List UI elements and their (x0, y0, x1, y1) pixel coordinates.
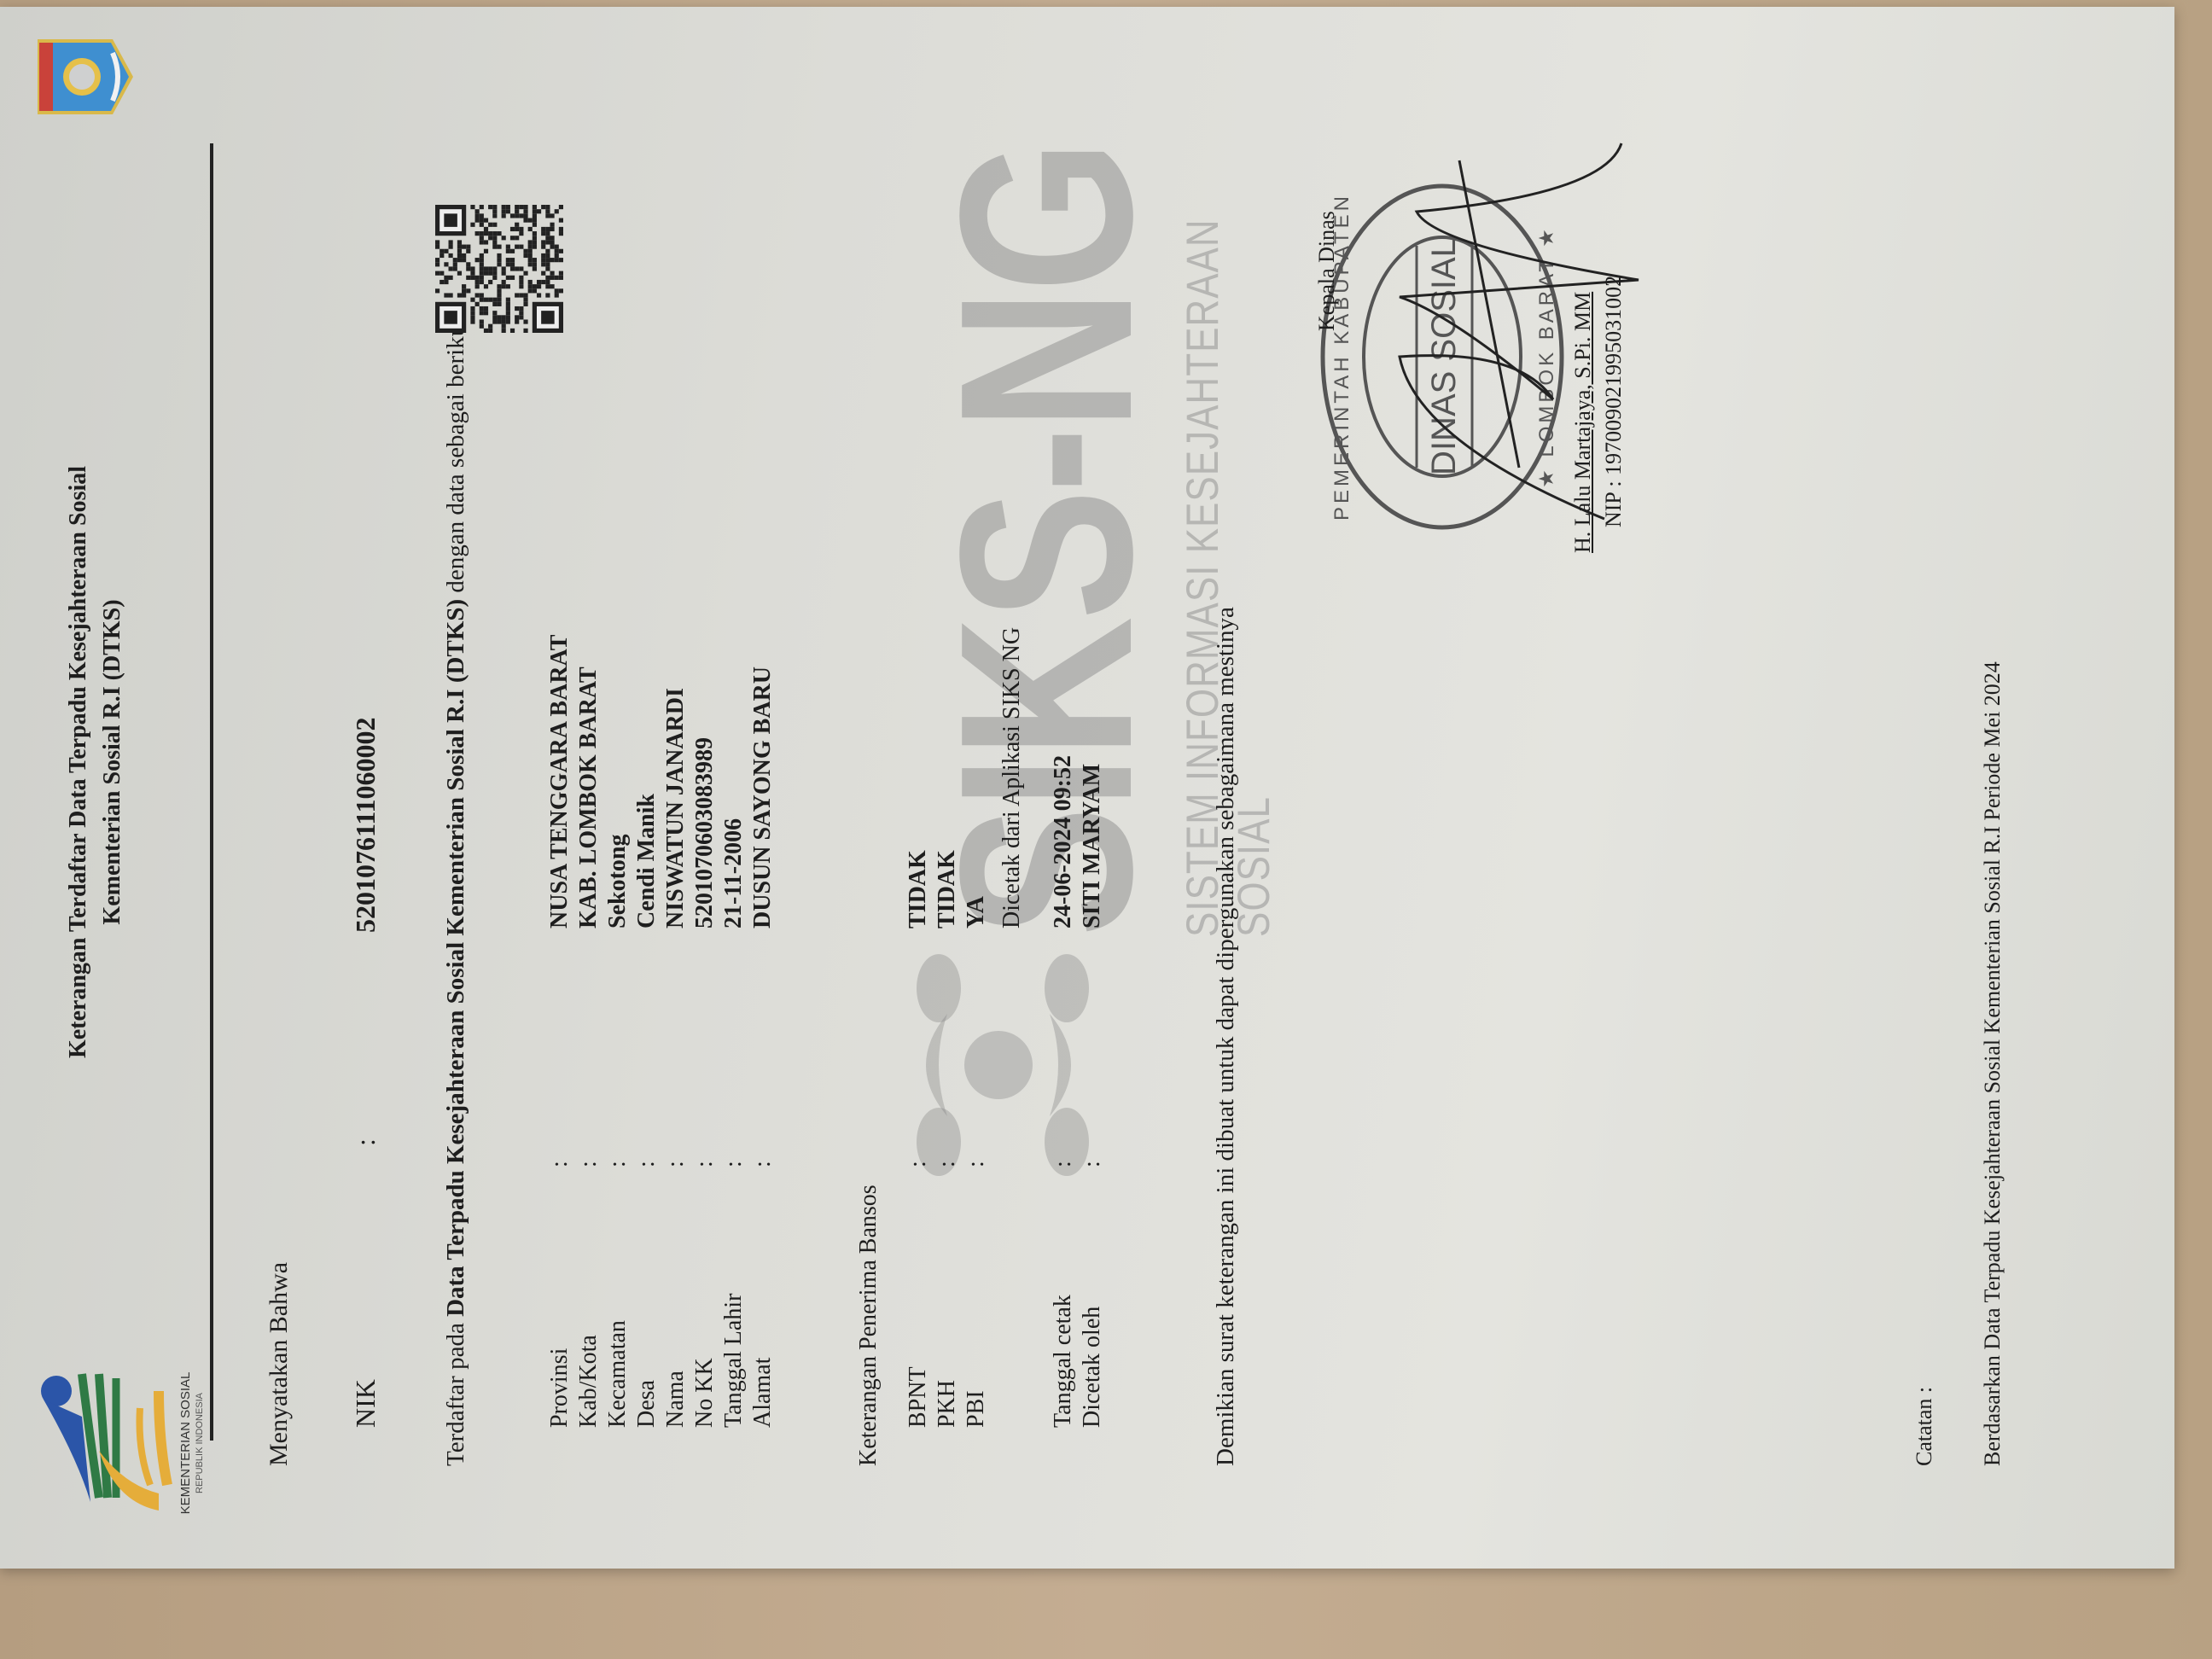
bansos-value: YA (963, 896, 990, 928)
document-title: Keterangan Terdaftar Data Terpadu Keseja… (61, 212, 130, 1313)
registration-prefix: Terdaftar pada (442, 1317, 469, 1466)
bansos-colon: : (934, 1161, 961, 1167)
field-value: Cendi Manik (633, 794, 661, 928)
ministry-country: REPUBLIK INDONESIA (193, 1345, 207, 1541)
field-row: Alamat:DUSUN SAYONG BARU (749, 148, 778, 1428)
field-row: Kab/Kota:KAB. LOMBOK BARAT (575, 148, 604, 1428)
nik-colon: : (350, 1138, 381, 1146)
note-text: Berdasarkan Data Terpadu Kesejahteraan S… (1980, 661, 2005, 1466)
print-row: Tanggal cetak:24-06-2024 09:52 (1050, 148, 1079, 1428)
document-paper: KEMENTERIAN SOSIAL REPUBLIK INDONESIA Ke… (0, 7, 2174, 1569)
print-row: Dicetak oleh:SITI MARYAM (1079, 148, 1108, 1428)
bansos-row: PKH:TIDAK (934, 148, 963, 1428)
field-label: Alamat (749, 1358, 777, 1428)
note-label: Catatan : (1912, 1387, 1937, 1466)
field-colon: : (749, 1161, 777, 1167)
print-value: SITI MARYAM (1079, 764, 1106, 928)
print-meta: Tanggal cetak:24-06-2024 09:52Dicetak ol… (1050, 148, 1108, 1428)
field-colon: : (546, 1161, 573, 1167)
signatory-name: H. Lalu Martajaya, S.Pi. MM (1570, 292, 1596, 553)
field-value: NISWATUN JANARDI (662, 688, 690, 928)
field-value: 21-11-2006 (720, 818, 748, 928)
bansos-colon: : (905, 1161, 932, 1167)
field-value: NUSA TENGGARA BARAT (546, 635, 573, 928)
field-colon: : (691, 1161, 719, 1167)
print-colon: : (1079, 1161, 1106, 1167)
qr-code-icon (435, 205, 563, 333)
print-label: Tanggal cetak (1050, 1295, 1077, 1428)
regency-emblem-icon (34, 36, 137, 118)
field-label: No KK (691, 1358, 719, 1428)
field-colon: : (720, 1161, 748, 1167)
field-label: Desa (633, 1380, 661, 1428)
field-label: Tanggal Lahir (720, 1294, 748, 1428)
print-source: Dicetak dari Aplikasi SIKS NG (998, 627, 1026, 928)
title-line-1: Keterangan Terdaftar Data Terpadu Keseja… (61, 212, 96, 1313)
field-row: Kecamatan:Sekotong (604, 148, 633, 1428)
recipient-fields: Provinsi:NUSA TENGGARA BARATKab/Kota:KAB… (546, 148, 778, 1428)
field-row: Nama:NISWATUN JANARDI (662, 148, 691, 1428)
statement-intro: Menyatakan Bahwa (265, 1262, 294, 1466)
field-label: Kecamatan (604, 1320, 632, 1428)
document-page: KEMENTERIAN SOSIAL REPUBLIK INDONESIA Ke… (0, 7, 2174, 1569)
field-row: No KK:5201070603083989 (691, 148, 720, 1428)
print-value: 24-06-2024 09:52 (1050, 755, 1077, 928)
field-value: Sekotong (604, 835, 632, 928)
field-colon: : (633, 1161, 661, 1167)
registration-dtks: Data Terpadu Kesejahteraan Sosial Kement… (442, 599, 469, 1317)
field-value: DUSUN SAYONG BARU (749, 667, 777, 928)
field-value: KAB. LOMBOK BARAT (575, 667, 602, 928)
signature-block: DINAS SOSIAL PEMERINTAH KABUPATEN ★ LOMB… (1314, 126, 1707, 604)
kemensos-logo-caption: KEMENTERIAN SOSIAL REPUBLIK INDONESIA (179, 1345, 207, 1541)
bansos-row: BPNT:TIDAK (905, 148, 934, 1428)
nik-label: NIK (350, 1379, 381, 1428)
bansos-value: TIDAK (934, 850, 961, 928)
field-row: Desa:Cendi Manik (633, 148, 662, 1428)
field-colon: : (604, 1161, 632, 1167)
bansos-value: TIDAK (905, 850, 932, 928)
kemensos-logo-icon (31, 1357, 176, 1519)
bansos-list: BPNT:TIDAKPKH:TIDAKPBI:YA (905, 148, 992, 1428)
field-row: Provinsi:NUSA TENGGARA BARAT (546, 148, 575, 1428)
field-colon: : (662, 1161, 690, 1167)
bansos-heading: Keterangan Penerima Bansos (855, 1185, 882, 1466)
signatory-nip: NIP : 197009021995031002 (1601, 276, 1627, 527)
ministry-name: KEMENTERIAN SOSIAL (179, 1345, 193, 1541)
bansos-label: PKH (934, 1380, 961, 1428)
registration-statement: Terdaftar pada Data Terpadu Kesejahteraa… (440, 169, 471, 1466)
bansos-label: BPNT (905, 1366, 932, 1428)
field-label: Kab/Kota (575, 1335, 602, 1428)
print-label: Dicetak oleh (1079, 1307, 1106, 1428)
field-colon: : (575, 1161, 602, 1167)
nik-value: 5201076111060002 (350, 718, 381, 933)
signatory-title: Kepala Dinas (1314, 211, 1340, 331)
header-divider (210, 143, 213, 1441)
bansos-colon: : (963, 1161, 990, 1167)
registration-suffix: dengan data sebagai berikut: (442, 311, 469, 599)
field-value: 5201070603083989 (691, 737, 719, 928)
field-label: Nama (662, 1371, 690, 1428)
title-line-2: Kementerian Sosial R.I (DTKS) (96, 212, 130, 1313)
bansos-row: PBI:YA (963, 148, 992, 1428)
print-colon: : (1050, 1161, 1077, 1167)
field-label: Provinsi (546, 1348, 573, 1428)
bansos-label: PBI (963, 1390, 990, 1428)
closing-statement: Demikian surat keterangan ini dibuat unt… (1212, 607, 1240, 1466)
field-row: Tanggal Lahir:21-11-2006 (720, 148, 749, 1428)
